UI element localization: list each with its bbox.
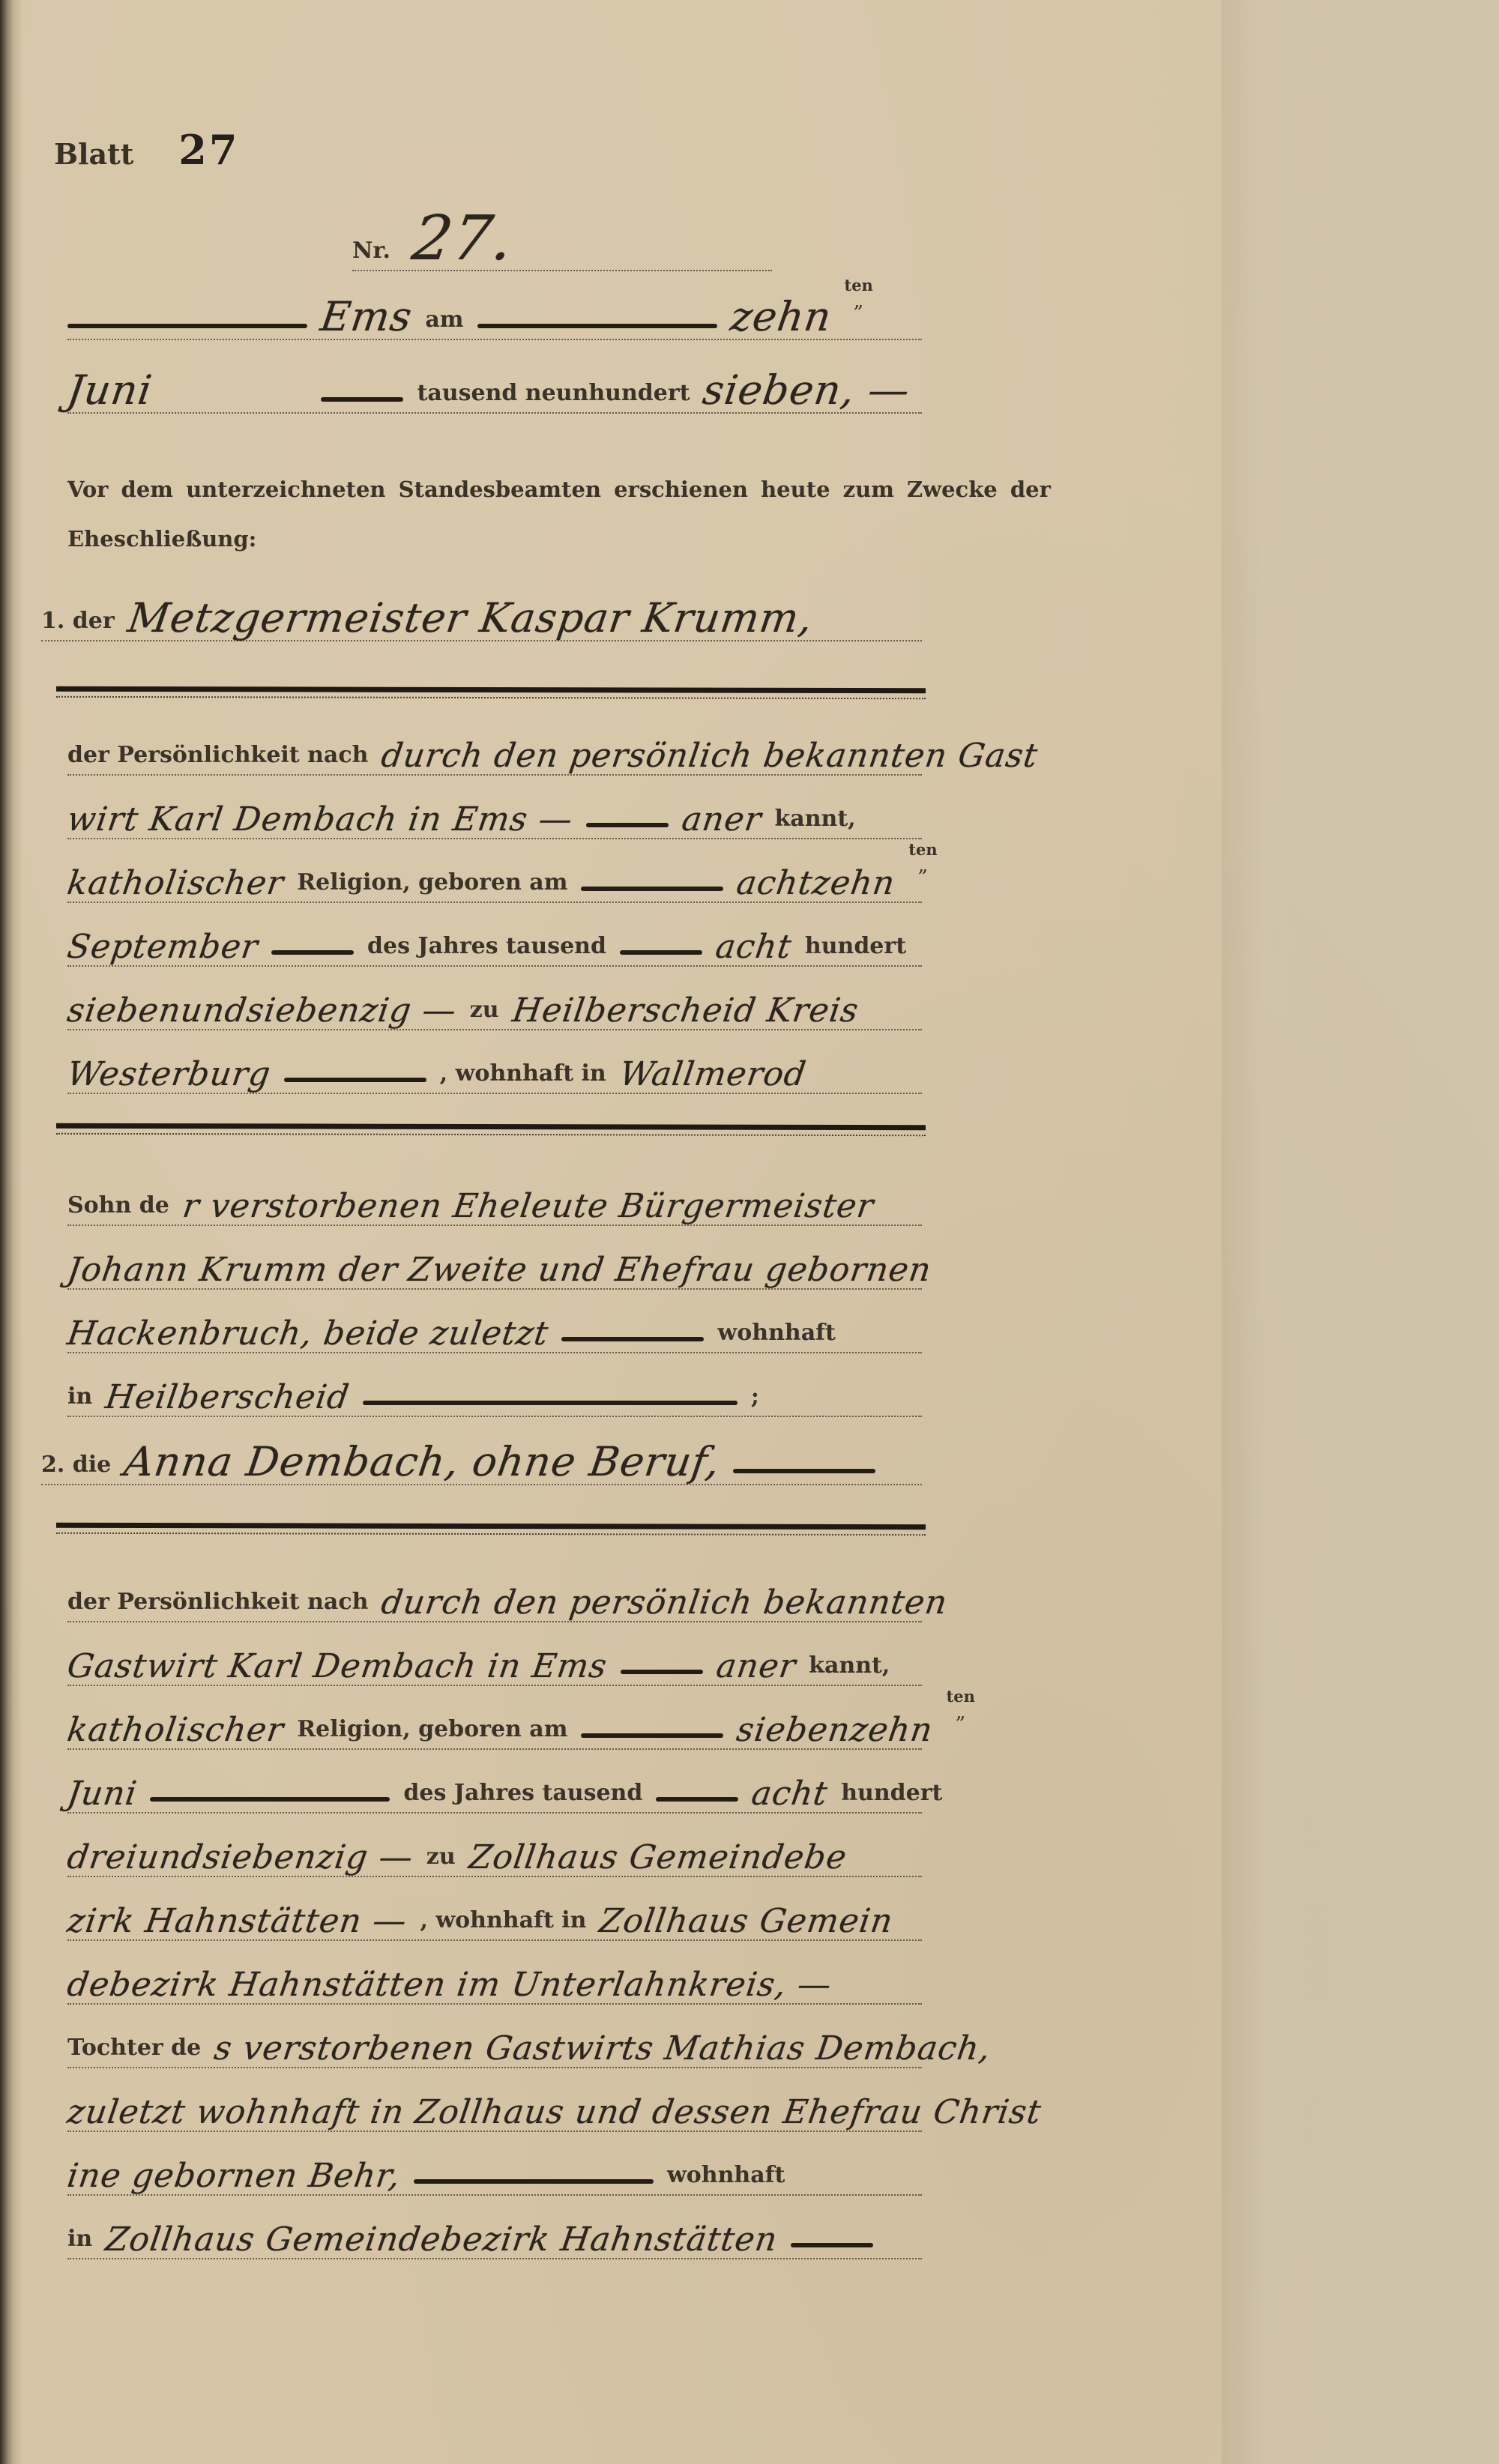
printed-form-text: 1. der bbox=[41, 610, 115, 640]
date-year-line: Junitausend neunhundertsieben, — bbox=[67, 351, 922, 414]
printed-form-text: des Jahres tausend bbox=[367, 935, 606, 965]
page-fold-region bbox=[1222, 0, 1499, 2464]
bride-parents-line-1: Tochter des verstorbenen Gastwirts Mathi… bbox=[67, 2008, 922, 2068]
printed-form-text: ; bbox=[751, 1386, 759, 1416]
sheet-label: Blatt bbox=[54, 137, 133, 171]
registrar-dash-stroke bbox=[271, 950, 354, 955]
printed-form-text: 2. die bbox=[41, 1454, 111, 1484]
bride-residence-line-1: zirk Hahnstätten —, wohnhaft inZollhaus … bbox=[67, 1881, 922, 1941]
printed-form-text: der Persönlichkeit nach bbox=[67, 1591, 368, 1621]
handwritten-entry: durch den persönlich bekannten bbox=[379, 1586, 950, 1621]
printed-form-text: wohnhaft bbox=[717, 1322, 835, 1352]
ditto-mark: „ bbox=[854, 296, 863, 308]
handwritten-entry: Juni bbox=[65, 1778, 139, 1812]
intro-line-1: Vor dem unterzeichneten Standesbeamten e… bbox=[67, 471, 922, 505]
groom-parents-line-2: Johann Krumm der Zweite und Ehefrau gebo… bbox=[67, 1230, 922, 1290]
handwritten-entry: Westerburg bbox=[65, 1058, 273, 1093]
registrar-dash-stroke bbox=[414, 2179, 654, 2184]
printed-superscript-suffix: ten„ bbox=[947, 1688, 975, 1719]
handwritten-entry: Metzgermeister Kaspar Krumm, bbox=[125, 598, 815, 640]
handwritten-entry: acht bbox=[714, 931, 794, 965]
handwritten-entry: s verstorbenen Gastwirts Mathias Dembach… bbox=[212, 2032, 993, 2067]
bride-parents-line-3: ine gebornen Behr,wohnhaft bbox=[67, 2136, 922, 2196]
printed-form-text: Nr. bbox=[352, 240, 390, 270]
handwritten-entry: wirt Karl Dembach in Ems — bbox=[65, 803, 575, 838]
bride-religion-line: katholischerReligion, geboren amsiebenze… bbox=[67, 1690, 922, 1750]
printed-form-text: des Jahres tausend bbox=[403, 1782, 642, 1812]
registrar-dash-stroke bbox=[581, 887, 723, 891]
printed-form-text: Vor dem unterzeichneten Standesbeamten e… bbox=[67, 479, 1051, 505]
registrar-dash-stroke bbox=[620, 950, 702, 955]
page-binding-edge bbox=[0, 0, 22, 2464]
handwritten-entry: dreiundsiebenzig — bbox=[65, 1841, 415, 1876]
bride-identity-line-1: der Persönlichkeit nachdurch den persönl… bbox=[67, 1562, 922, 1622]
groom-birth-year-line: siebenundsiebenzig —zuHeilberscheid Krei… bbox=[67, 970, 922, 1030]
registrar-dash-stroke bbox=[656, 1797, 738, 1802]
handwritten-entry: Heilberscheid bbox=[103, 1381, 352, 1416]
bride-name-line: 2. dieAnna Dembach, ohne Beruf, bbox=[41, 1421, 922, 1485]
handwritten-entry: Gastwirt Karl Dembach in Ems bbox=[65, 1650, 609, 1685]
bride-birth-month-line: Junides Jahres tausendachthundert bbox=[67, 1754, 922, 1814]
handwritten-entry: siebenundsiebenzig — bbox=[65, 994, 459, 1029]
bride-parents-line-4: inZollhaus Gemeindebezirk Hahnstätten bbox=[67, 2199, 922, 2259]
handwritten-entry: debezirk Hahnstätten im Unterlahnkreis, … bbox=[65, 1969, 834, 2003]
printed-superscript-suffix: ten„ bbox=[908, 842, 937, 872]
sheet-header: Blatt 27 bbox=[54, 126, 239, 174]
printed-form-text: Sohn de bbox=[67, 1195, 169, 1225]
registrar-dash-stroke bbox=[284, 1078, 426, 1082]
handwritten-entry: katholischer bbox=[65, 1714, 286, 1748]
handwritten-entry: Heilberscheid Kreis bbox=[510, 994, 860, 1029]
handwritten-entry: 27. bbox=[408, 208, 517, 270]
handwritten-entry: acht bbox=[749, 1778, 830, 1812]
printed-form-text: tausend neunhundert bbox=[417, 382, 690, 412]
registrar-dash-stroke bbox=[581, 1733, 723, 1738]
ditto-mark: „ bbox=[956, 1707, 965, 1719]
intro-line-2: Eheschließung: bbox=[67, 520, 922, 555]
handwritten-entry: ine gebornen Behr, bbox=[65, 2160, 402, 2194]
handwritten-entry: Wallmerod bbox=[618, 1058, 809, 1093]
groom-identity-line-2: wirt Karl Dembach in Ems —anerkannt, bbox=[67, 779, 922, 839]
groom-religion-line: katholischerReligion, geboren amachtzehn… bbox=[67, 843, 922, 903]
groom-residence-line: Westerburg, wohnhaft inWallmerod bbox=[67, 1034, 922, 1094]
handwritten-entry: Anna Dembach, ohne Beruf, bbox=[121, 1442, 723, 1484]
registrar-dash-stroke bbox=[733, 1469, 875, 1473]
registrar-dash-stroke bbox=[150, 1797, 390, 1802]
printed-form-text: Tochter de bbox=[67, 2037, 201, 2067]
handwritten-entry: Zollhaus Gemeindebe bbox=[466, 1841, 848, 1876]
civil-registry-page: Blatt 27 Nr.27. Emsamzehnten„ Junitausen… bbox=[0, 0, 1499, 2464]
registrar-dash-stroke bbox=[477, 324, 717, 328]
registrar-dash-stroke bbox=[67, 324, 307, 328]
printed-form-text: hundert bbox=[841, 1782, 942, 1812]
handwritten-entry: zirk Hahnstätten — bbox=[65, 1905, 409, 1939]
printed-form-text: wohnhaft bbox=[667, 2164, 785, 2194]
handwritten-entry: aner bbox=[680, 803, 764, 838]
section-divider-rule bbox=[56, 686, 926, 699]
handwritten-entry: siebenzehn bbox=[735, 1714, 935, 1748]
spacer bbox=[165, 411, 307, 412]
section-divider-rule bbox=[56, 1523, 926, 1536]
printed-form-text: Religion, geboren am bbox=[297, 872, 567, 902]
printed-form-text: in bbox=[67, 2228, 92, 2258]
handwritten-entry: September bbox=[65, 931, 260, 965]
registrar-dash-stroke bbox=[363, 1401, 738, 1405]
printed-form-text: zu bbox=[470, 999, 499, 1029]
registrar-dash-stroke bbox=[561, 1337, 704, 1341]
printed-form-text: zu bbox=[426, 1846, 456, 1876]
bride-residence-line-2: debezirk Hahnstätten im Unterlahnkreis, … bbox=[67, 1945, 922, 2005]
handwritten-entry: zuletzt wohnhaft in Zollhaus und dessen … bbox=[65, 2096, 1043, 2131]
date-place-line: Emsamzehnten„ bbox=[67, 279, 922, 340]
ditto-mark: „ bbox=[918, 860, 928, 872]
registrar-dash-stroke bbox=[321, 397, 403, 402]
handwritten-entry: zehn bbox=[728, 297, 834, 339]
groom-name-line: 1. derMetzgermeister Kaspar Krumm, bbox=[41, 577, 922, 641]
printed-form-text: , wohnhaft in bbox=[420, 1909, 586, 1939]
groom-parents-line-1: Sohn der verstorbenen Eheleute Bürgermei… bbox=[67, 1166, 922, 1226]
registrar-dash-stroke bbox=[586, 823, 669, 827]
printed-form-text: in bbox=[67, 1386, 92, 1416]
groom-parents-line-3: Hackenbruch, beide zuletztwohnhaft bbox=[67, 1293, 922, 1353]
groom-parents-line-4: inHeilberscheid; bbox=[67, 1357, 922, 1417]
registrar-dash-stroke bbox=[621, 1670, 703, 1674]
handwritten-entry: Juni bbox=[64, 370, 154, 412]
groom-identity-line-1: der Persönlichkeit nachdurch den persönl… bbox=[67, 716, 922, 776]
registrar-dash-stroke bbox=[791, 2243, 873, 2247]
sheet-number: 27 bbox=[178, 126, 239, 174]
printed-form-text: hundert bbox=[805, 935, 906, 965]
bride-identity-line-2: Gastwirt Karl Dembach in Emsanerkannt, bbox=[67, 1626, 922, 1686]
record-number-line: Nr.27. bbox=[352, 187, 772, 271]
handwritten-entry: Zollhaus Gemeindebezirk Hahnstätten bbox=[103, 2223, 779, 2258]
handwritten-entry: aner bbox=[714, 1650, 797, 1685]
handwritten-entry: Hackenbruch, beide zuletzt bbox=[65, 1317, 551, 1352]
section-divider-rule bbox=[56, 1123, 926, 1136]
printed-form-text: kannt, bbox=[809, 1655, 890, 1685]
printed-form-text: am bbox=[425, 309, 463, 339]
handwritten-entry: sieben, — bbox=[701, 370, 913, 412]
printed-form-text: , wohnhaft in bbox=[440, 1063, 606, 1093]
groom-birth-month-line: Septemberdes Jahres tausendachthundert bbox=[67, 907, 922, 967]
handwritten-entry: Johann Krumm der Zweite und Ehefrau gebo… bbox=[65, 1254, 934, 1288]
bride-parents-line-2: zuletzt wohnhaft in Zollhaus und dessen … bbox=[67, 2072, 922, 2132]
printed-form-text: Eheschließung: bbox=[67, 528, 256, 555]
printed-form-text: Religion, geboren am bbox=[297, 1718, 567, 1748]
handwritten-entry: r verstorbenen Eheleute Bürgermeister bbox=[181, 1190, 876, 1225]
handwritten-entry: katholischer bbox=[65, 867, 286, 902]
handwritten-entry: durch den persönlich bekannten Gast bbox=[379, 740, 1040, 774]
handwritten-entry: Zollhaus Gemein bbox=[597, 1905, 896, 1939]
printed-form-text: der Persönlichkeit nach bbox=[67, 744, 368, 774]
printed-form-text: kannt, bbox=[775, 808, 856, 838]
bride-birth-year-line: dreiundsiebenzig —zuZollhaus Gemeindebe bbox=[67, 1817, 922, 1877]
handwritten-entry: achtzehn bbox=[735, 867, 897, 902]
handwritten-entry: Ems bbox=[318, 297, 414, 339]
printed-superscript-suffix: ten„ bbox=[845, 277, 873, 308]
